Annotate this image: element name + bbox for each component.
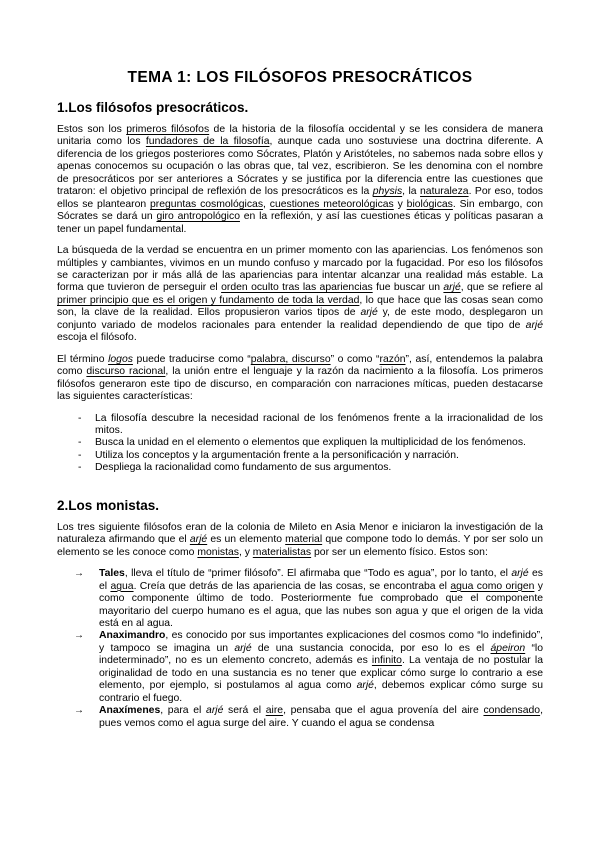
- list-item: →Anaxímenes, para el arjé será el aire, …: [57, 705, 543, 730]
- text-run: materialistas: [253, 547, 311, 558]
- text-run: fue buscar un: [373, 282, 444, 293]
- text-run: arjé: [360, 307, 377, 318]
- text-run: Anaximandro: [99, 630, 165, 641]
- text-run: y: [394, 199, 407, 210]
- text-run: , pensaba que el agua provenía del aire: [283, 705, 483, 716]
- text-run: , la: [402, 186, 420, 197]
- text-run: monistas: [197, 547, 239, 558]
- text-run: arjé: [357, 680, 374, 691]
- list-item: →Tales, lleva el título de “primer filós…: [57, 568, 543, 630]
- list-item: →Anaximandro, es conocido por sus import…: [57, 630, 543, 705]
- arrow-bullet-icon: →: [74, 568, 99, 630]
- text-run: Tales: [99, 568, 125, 579]
- text-run: logos: [108, 354, 133, 365]
- list-item-text: Utiliza los conceptos y la argumentación…: [95, 450, 543, 462]
- text-run: orden oculto tras las apariencias: [221, 282, 373, 293]
- text-run: escoja el filósofo.: [57, 332, 137, 343]
- document-page: TEMA 1: LOS FILÓSOFOS PRESOCRÁTICOS 1.Lo…: [0, 0, 599, 848]
- text-run: arjé: [511, 568, 528, 579]
- text-run: razón: [380, 354, 406, 365]
- text-run: es un elemento: [207, 534, 285, 545]
- text-run: fundadores de la filosofía: [146, 136, 270, 147]
- text-run: Utiliza los conceptos y la argumentación…: [95, 450, 459, 461]
- text-run: preguntas cosmológicas: [150, 199, 263, 210]
- text-run: giro antropológico: [156, 211, 240, 222]
- text-run: primeros filósofos: [126, 124, 209, 135]
- text-run: ápeiron: [491, 643, 526, 654]
- text-run: palabra, discurso: [251, 354, 331, 365]
- text-run: infinito: [372, 655, 402, 666]
- text-run: , lleva el título de “primer filósofo”. …: [125, 568, 512, 579]
- paragraph: El término logos puede traducirse como “…: [57, 354, 543, 404]
- dash-bullet-icon: -: [78, 437, 95, 449]
- text-run: agua: [110, 581, 133, 592]
- text-run: Despliega la racionalidad como fundament…: [95, 462, 391, 473]
- text-run: Anaxímenes: [99, 705, 160, 716]
- paragraph: Estos son los primeros filósofos de la h…: [57, 124, 543, 236]
- document-body: 1.Los filósofos presocráticos.Estos son …: [57, 99, 543, 730]
- text-run: biológicas: [407, 199, 453, 210]
- arrow-bullet-icon: →: [74, 705, 99, 730]
- list-item-text: Anaxímenes, para el arjé será el aire, p…: [99, 705, 543, 730]
- list-item-text: Anaximandro, es conocido por sus importa…: [99, 630, 543, 705]
- dash-bullet-icon: -: [78, 450, 95, 462]
- dash-bullet-icon: -: [78, 462, 95, 474]
- text-run: arjé: [206, 705, 223, 716]
- document-section: 2.Los monistas.Los tres siguiente filóso…: [57, 497, 543, 730]
- list-item-text: Despliega la racionalidad como fundament…: [95, 462, 543, 474]
- text-run: physis: [373, 186, 402, 197]
- text-run: arjé: [234, 643, 251, 654]
- text-run: . Creía que detrás de las apariencia de …: [134, 581, 451, 592]
- arrow-bullet-icon: →: [74, 630, 99, 705]
- text-run: arjé: [190, 534, 207, 545]
- text-run: , y: [239, 547, 253, 558]
- list-item: -Despliega la racionalidad como fundamen…: [57, 462, 543, 474]
- text-run: cuestiones meteorológicas: [270, 199, 394, 210]
- text-run: Estos son los: [57, 124, 126, 135]
- text-run: condensado: [483, 705, 540, 716]
- document-section: 1.Los filósofos presocráticos.Estos son …: [57, 99, 543, 475]
- text-run: ” o como “: [331, 354, 380, 365]
- list-item: -Utiliza los conceptos y la argumentació…: [57, 450, 543, 462]
- text-run: aire: [266, 705, 283, 716]
- text-run: por ser un elemento físico. Estos son:: [311, 547, 488, 558]
- text-run: naturaleza: [420, 186, 469, 197]
- text-run: arjé: [443, 282, 460, 293]
- text-run: puede traducirse como “: [133, 354, 251, 365]
- list-item: -Busca la unidad en el elemento o elemen…: [57, 437, 543, 449]
- text-run: Busca la unidad en el elemento o element…: [95, 437, 526, 448]
- paragraph: Los tres siguiente filósofos eran de la …: [57, 522, 543, 559]
- text-run: ,: [263, 199, 270, 210]
- text-run: primer principio que es el origen y fund…: [57, 295, 359, 306]
- list-item-text: Tales, lleva el título de “primer filóso…: [99, 568, 543, 630]
- text-run: , que se refiere al: [461, 282, 543, 293]
- text-run: La filosofía descubre la necesidad racio…: [95, 413, 543, 436]
- list-item-text: Busca la unidad en el elemento o element…: [95, 437, 543, 449]
- philosophers-list: →Tales, lleva el título de “primer filós…: [57, 568, 543, 730]
- section-heading: 1.Los filósofos presocráticos.: [57, 99, 543, 116]
- text-run: arjé: [526, 320, 543, 331]
- characteristics-list: -La filosofía descubre la necesidad raci…: [57, 413, 543, 475]
- text-run: será el: [223, 705, 265, 716]
- list-item: -La filosofía descubre la necesidad raci…: [57, 413, 543, 438]
- text-run: de una sustancia conocida, por eso lo es…: [252, 643, 491, 654]
- dash-bullet-icon: -: [78, 413, 95, 438]
- text-run: , para el: [160, 705, 206, 716]
- text-run: discurso racional: [86, 366, 165, 377]
- list-item-text: La filosofía descubre la necesidad racio…: [95, 413, 543, 438]
- text-run: material: [285, 534, 322, 545]
- paragraph: La búsqueda de la verdad se encuentra en…: [57, 245, 543, 345]
- text-run: agua como origen: [450, 581, 534, 592]
- text-run: El término: [57, 354, 108, 365]
- section-heading: 2.Los monistas.: [57, 497, 543, 514]
- document-title: TEMA 1: LOS FILÓSOFOS PRESOCRÁTICOS: [57, 69, 543, 87]
